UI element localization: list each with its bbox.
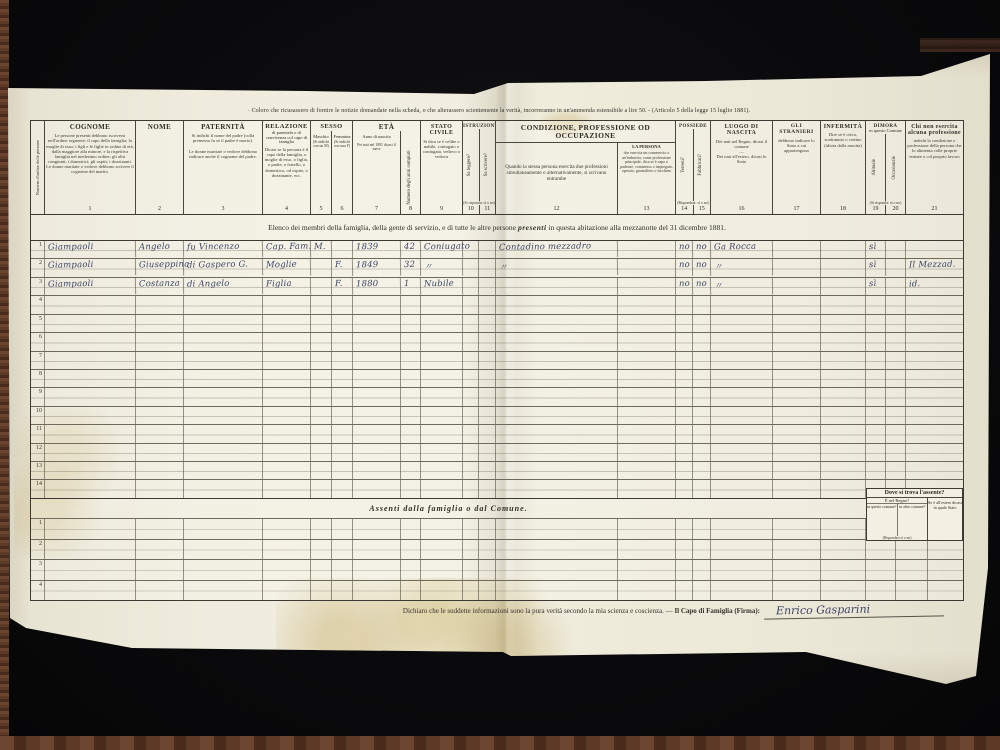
row-cell	[45, 425, 136, 442]
row-cell: 〃	[711, 277, 773, 296]
row-cell	[496, 315, 618, 332]
col-number: 5	[311, 205, 331, 214]
row-cell	[421, 581, 463, 601]
row-cell	[463, 333, 479, 350]
absent-box-title: Dove si trova l'assente?	[867, 489, 962, 498]
row-cell	[821, 259, 866, 276]
row-cell	[479, 388, 496, 405]
row-cell: Nubile	[421, 277, 463, 295]
row-cell	[773, 425, 821, 442]
row-cell: Angelo	[136, 241, 184, 259]
row-cell	[866, 444, 886, 461]
row-cell	[263, 462, 311, 479]
row-cell	[496, 388, 618, 405]
row-cell: M.	[311, 241, 332, 259]
row-cell	[896, 540, 928, 560]
row-cell	[332, 407, 353, 424]
row-cell	[618, 581, 676, 601]
row-cell: 〃	[711, 259, 773, 278]
row-cell	[866, 560, 896, 580]
row-cell	[479, 352, 496, 369]
row-cell	[676, 315, 693, 332]
table-row: 1GiampaoliAngelofu VincenzoCap. Fam.M.18…	[31, 241, 963, 258]
row-cell	[353, 540, 401, 560]
row-cell	[184, 581, 263, 601]
head-of-family-signature: Enrico Gasparini	[764, 601, 944, 619]
absent-rows: 1234	[31, 519, 963, 600]
col-number: 2	[136, 205, 183, 214]
row-cell	[821, 444, 866, 461]
row-cell	[886, 425, 906, 442]
luogo-desc: Dei nati nel Regno, dicasi il comune	[716, 139, 767, 149]
row-cell	[311, 388, 332, 405]
row-cell	[496, 581, 618, 601]
row-cell	[136, 425, 184, 442]
row-cell	[773, 296, 821, 313]
stato-civile-desc: Si dica se è celibe o nubile, coniugato …	[421, 137, 462, 205]
row-cell: no	[693, 278, 711, 296]
row-cell	[401, 444, 421, 461]
row-cell	[311, 581, 332, 601]
row-cell	[676, 581, 693, 601]
row-cell	[821, 581, 866, 601]
row-cell	[401, 540, 421, 560]
row-cell	[332, 444, 353, 461]
row-cell	[479, 519, 496, 539]
row-cell: Coniugato	[421, 241, 463, 259]
row-number: 3	[31, 278, 45, 295]
row-cell	[332, 352, 353, 369]
row-cell	[906, 352, 963, 369]
row-cell	[479, 333, 496, 350]
table-row: 7	[31, 351, 963, 369]
row-cell	[401, 407, 421, 424]
row-cell	[479, 315, 496, 332]
row-cell	[311, 259, 332, 276]
row-cell	[421, 296, 463, 313]
row-cell	[496, 540, 618, 560]
row-cell	[886, 462, 906, 479]
row-cell	[693, 296, 711, 313]
paternita-desc2: Le donne maritate o vedove debbono indic…	[189, 149, 257, 159]
row-cell: sì	[866, 241, 886, 259]
row-cell	[136, 444, 184, 461]
row-cell	[263, 560, 311, 580]
row-cell	[353, 333, 401, 350]
row-cell	[263, 333, 311, 350]
declaration-text: Dichiaro che le suddette informazioni so…	[403, 607, 673, 615]
header-eta: ETÀ Anno di nascita Pei nati nel 1881 di…	[353, 121, 421, 214]
row-cell: di Angelo	[184, 277, 263, 296]
row-cell	[496, 519, 618, 539]
row-cell	[496, 480, 618, 497]
row-cell	[421, 480, 463, 497]
row-cell	[263, 444, 311, 461]
row-cell	[906, 296, 963, 313]
header-anni-compiuti: Numero degli anni compiuti 8	[401, 131, 420, 214]
row-cell	[618, 333, 676, 350]
row-cell	[866, 315, 886, 332]
row-cell	[311, 540, 332, 560]
row-cell	[886, 315, 906, 332]
absent-band: Assenti dalla famiglia o dal Comune.	[31, 499, 963, 519]
table-row: 6	[31, 332, 963, 350]
row-cell	[676, 296, 693, 313]
row-cell	[332, 519, 353, 539]
row-cell	[496, 370, 618, 387]
table-row: 4	[31, 580, 963, 601]
row-cell	[353, 315, 401, 332]
row-cell	[421, 519, 463, 539]
absent-title: Assenti dalla famiglia o dal Comune.	[31, 504, 866, 513]
row-number: 6	[31, 333, 45, 350]
row-cell	[401, 370, 421, 387]
row-cell	[45, 407, 136, 424]
row-cell	[136, 480, 184, 497]
row-cell	[332, 540, 353, 560]
row-cell	[821, 425, 866, 442]
row-cell	[311, 407, 332, 424]
col-number: 3	[184, 205, 262, 214]
header-cognome: COGNOME Le persone presenti debbono iscr…	[45, 121, 136, 214]
row-cell	[866, 425, 886, 442]
row-cell	[401, 480, 421, 497]
row-number: 14	[31, 480, 45, 497]
row-cell	[676, 333, 693, 350]
col-number: 9	[421, 205, 462, 214]
row-cell	[821, 519, 866, 539]
col-number: 12	[496, 205, 617, 214]
row-cell	[773, 259, 821, 276]
table-edge-top-right	[920, 38, 1000, 52]
row-cell	[866, 352, 886, 369]
row-cell	[401, 388, 421, 405]
row-cell	[184, 352, 263, 369]
row-cell	[463, 581, 479, 601]
row-cell	[263, 540, 311, 560]
row-cell	[463, 352, 479, 369]
row-cell	[463, 370, 479, 387]
row-cell	[711, 407, 773, 424]
absent-box-questo: in questo comune?	[867, 504, 898, 536]
row-cell	[618, 480, 676, 497]
row-cell	[618, 241, 676, 258]
cognome-desc2: Le donne maritate o vedove debbono scriv…	[46, 164, 134, 174]
row-cell	[479, 425, 496, 442]
row-cell	[821, 540, 866, 560]
row-cell	[711, 444, 773, 461]
row-cell	[906, 388, 963, 405]
row-cell	[263, 352, 311, 369]
person-rows: 1GiampaoliAngelofu VincenzoCap. Fam.M.18…	[31, 241, 963, 499]
row-cell	[676, 388, 693, 405]
row-cell	[479, 296, 496, 313]
row-cell	[479, 540, 496, 560]
row-cell: fu Vincenzo	[184, 240, 263, 259]
row-cell	[773, 388, 821, 405]
row-cell	[184, 333, 263, 350]
row-cell	[311, 296, 332, 313]
row-cell	[479, 259, 496, 276]
row-cell	[184, 315, 263, 332]
row-cell	[711, 425, 773, 442]
row-cell	[136, 370, 184, 387]
row-cell	[401, 296, 421, 313]
row-cell	[773, 352, 821, 369]
row-cell	[821, 388, 866, 405]
row-cell	[311, 519, 332, 539]
row-cell	[463, 296, 479, 313]
row-cell	[618, 560, 676, 580]
row-cell	[421, 462, 463, 479]
col-number: 15	[694, 205, 711, 214]
row-number: 12	[31, 444, 45, 461]
table-edge-left	[0, 0, 9, 750]
row-cell	[332, 425, 353, 442]
row-cell	[311, 315, 332, 332]
row-cell	[421, 315, 463, 332]
row-cell: Ga Rocca	[711, 240, 773, 259]
row-cell	[693, 407, 711, 424]
row-cell	[773, 540, 821, 560]
row-cell	[463, 540, 479, 560]
row-cell: Cap. Fam.	[263, 241, 311, 259]
row-cell	[711, 581, 773, 601]
row-cell	[906, 333, 963, 350]
row-cell	[618, 407, 676, 424]
row-cell	[463, 560, 479, 580]
row-number: 3	[31, 560, 45, 580]
row-cell	[866, 370, 886, 387]
row-cell	[479, 241, 496, 258]
row-cell	[184, 444, 263, 461]
row-cell	[821, 241, 866, 258]
header-terreni: Terreni?	[676, 129, 694, 201]
row-cell: Il Mezzad.	[906, 259, 963, 277]
row-cell	[693, 425, 711, 442]
row-cell	[263, 425, 311, 442]
row-number: 4	[31, 296, 45, 313]
table-header: Numero d'ordine delle persone COGNOME Le…	[31, 121, 963, 215]
absent-box-note: (Rispondasi sì o no)	[867, 536, 927, 540]
row-cell	[773, 333, 821, 350]
row-cell	[401, 462, 421, 479]
row-cell	[821, 370, 866, 387]
row-cell: F.	[332, 259, 353, 277]
col-number: 16	[711, 205, 772, 214]
row-cell	[693, 388, 711, 405]
row-cell	[496, 407, 618, 424]
row-cell	[693, 370, 711, 387]
row-cell	[676, 480, 693, 497]
table-row: 4	[31, 295, 963, 313]
row-cell	[136, 333, 184, 350]
row-cell: Giuseppina	[136, 259, 184, 277]
row-cell	[618, 519, 676, 539]
row-cell	[421, 333, 463, 350]
row-cell	[693, 519, 711, 539]
header-sa-leggere: Sa leggere?	[463, 129, 480, 201]
row-cell	[263, 296, 311, 313]
row-number: 13	[31, 462, 45, 479]
row-cell	[693, 444, 711, 461]
row-cell	[496, 333, 618, 350]
row-cell: Giampaoli	[45, 240, 136, 259]
table-row: 3GiampaoliCostanzadi AngeloFigliaF.18801…	[31, 277, 963, 295]
row-cell	[676, 540, 693, 560]
row-cell	[353, 480, 401, 497]
row-cell	[184, 407, 263, 424]
row-cell	[773, 444, 821, 461]
row-cell: no	[693, 241, 711, 259]
row-cell: 1	[401, 278, 421, 296]
row-cell	[866, 388, 886, 405]
col-number: 8	[401, 205, 420, 214]
row-cell	[693, 581, 711, 601]
row-cell	[463, 519, 479, 539]
row-cell	[479, 407, 496, 424]
row-cell	[353, 425, 401, 442]
row-cell	[496, 425, 618, 442]
row-cell	[311, 425, 332, 442]
row-cell	[45, 315, 136, 332]
row-cell	[479, 444, 496, 461]
row-number: 9	[31, 388, 45, 405]
row-cell	[353, 581, 401, 601]
row-cell	[421, 425, 463, 442]
row-cell	[421, 560, 463, 580]
declaration: Dichiaro che le suddette informazioni so…	[6, 603, 992, 618]
header-condizione-main: Quando la stessa persona esercita due pr…	[496, 143, 618, 214]
row-cell	[711, 560, 773, 580]
row-cell	[773, 370, 821, 387]
col-number: 13	[618, 205, 675, 214]
row-cell	[184, 540, 263, 560]
header-condizione: CONDIZIONE, PROFESSIONE OD OCCUPAZIONE Q…	[496, 121, 676, 214]
row-cell	[773, 581, 821, 601]
penalty-notice: · Coloro che ricusassero di fornire le n…	[6, 108, 992, 114]
row-number: 5	[31, 315, 45, 332]
col-number: 6	[332, 205, 352, 214]
row-cell	[184, 560, 263, 580]
col-number: 7	[353, 205, 400, 214]
row-cell	[184, 296, 263, 313]
row-cell	[136, 315, 184, 332]
row-cell	[263, 315, 311, 332]
table-edge-bottom	[0, 736, 1000, 750]
paternita-desc: Si indichi il nome del padre (colla prem…	[192, 133, 255, 143]
row-cell	[311, 333, 332, 350]
row-cell: 42	[401, 241, 421, 259]
row-cell	[821, 407, 866, 424]
row-cell	[618, 352, 676, 369]
row-cell	[136, 407, 184, 424]
row-cell	[618, 388, 676, 405]
header-luogo-nascita: LUOGO DI NASCITA Dei nati nel Regno, dic…	[711, 121, 773, 214]
row-cell	[821, 352, 866, 369]
row-cell	[332, 462, 353, 479]
row-cell	[136, 519, 184, 539]
row-cell	[496, 352, 618, 369]
row-cell	[886, 259, 906, 276]
row-cell	[45, 388, 136, 405]
row-cell	[353, 370, 401, 387]
table-row: 11	[31, 424, 963, 442]
col-number: 10	[463, 205, 480, 214]
row-cell	[263, 480, 311, 497]
row-cell	[136, 388, 184, 405]
census-table: Numero d'ordine delle persone COGNOME Le…	[30, 120, 964, 601]
row-cell	[821, 560, 866, 580]
row-cell	[401, 352, 421, 369]
row-cell	[496, 296, 618, 313]
row-cell	[332, 333, 353, 350]
row-cell	[886, 296, 906, 313]
row-cell	[45, 352, 136, 369]
row-cell	[886, 241, 906, 258]
row-cell: sì	[866, 259, 886, 277]
row-cell	[463, 407, 479, 424]
row-cell	[676, 519, 693, 539]
row-cell	[463, 462, 479, 479]
row-cell: Giampaoli	[45, 259, 136, 278]
row-cell	[618, 278, 676, 295]
row-number: 7	[31, 352, 45, 369]
row-cell	[886, 407, 906, 424]
row-cell	[906, 315, 963, 332]
row-cell	[773, 278, 821, 295]
row-cell	[693, 540, 711, 560]
row-cell	[618, 296, 676, 313]
header-sesso-m: Maschio (Si indichi con un M) 5	[311, 131, 332, 214]
header-nome: NOME 2	[136, 121, 184, 214]
row-cell	[866, 296, 886, 313]
header-fabbricati: Fabbricati?	[694, 129, 711, 201]
row-cell	[618, 315, 676, 332]
row-cell: Giampaoli	[45, 277, 136, 296]
row-cell	[711, 480, 773, 497]
row-cell	[401, 425, 421, 442]
row-cell	[693, 560, 711, 580]
header-paternita: PATERNITÀ Si indichi il nome del padre (…	[184, 121, 263, 214]
row-cell	[906, 425, 963, 442]
row-cell: 〃	[421, 259, 463, 277]
row-cell	[773, 560, 821, 580]
row-cell	[886, 278, 906, 295]
row-cell	[353, 352, 401, 369]
row-cell	[676, 462, 693, 479]
row-cell: Figlia	[263, 277, 311, 295]
row-cell	[332, 388, 353, 405]
row-cell	[773, 462, 821, 479]
row-cell	[693, 462, 711, 479]
header-dimora: DIMORA in questo Comune Abituale Occasio…	[866, 121, 906, 214]
row-cell	[353, 444, 401, 461]
luogo-desc2: Dei nati all'estero, dicasi lo Stato	[717, 154, 767, 164]
table-row: 3	[31, 559, 963, 580]
row-cell	[136, 581, 184, 601]
row-cell	[928, 560, 963, 580]
row-cell	[886, 333, 906, 350]
row-cell	[421, 352, 463, 369]
col-number: 14	[676, 205, 694, 214]
col-number: 4	[263, 205, 310, 214]
header-abituale: Abituale	[866, 134, 886, 201]
row-cell	[479, 560, 496, 580]
row-cell	[332, 581, 353, 601]
row-cell	[45, 370, 136, 387]
row-cell	[676, 407, 693, 424]
